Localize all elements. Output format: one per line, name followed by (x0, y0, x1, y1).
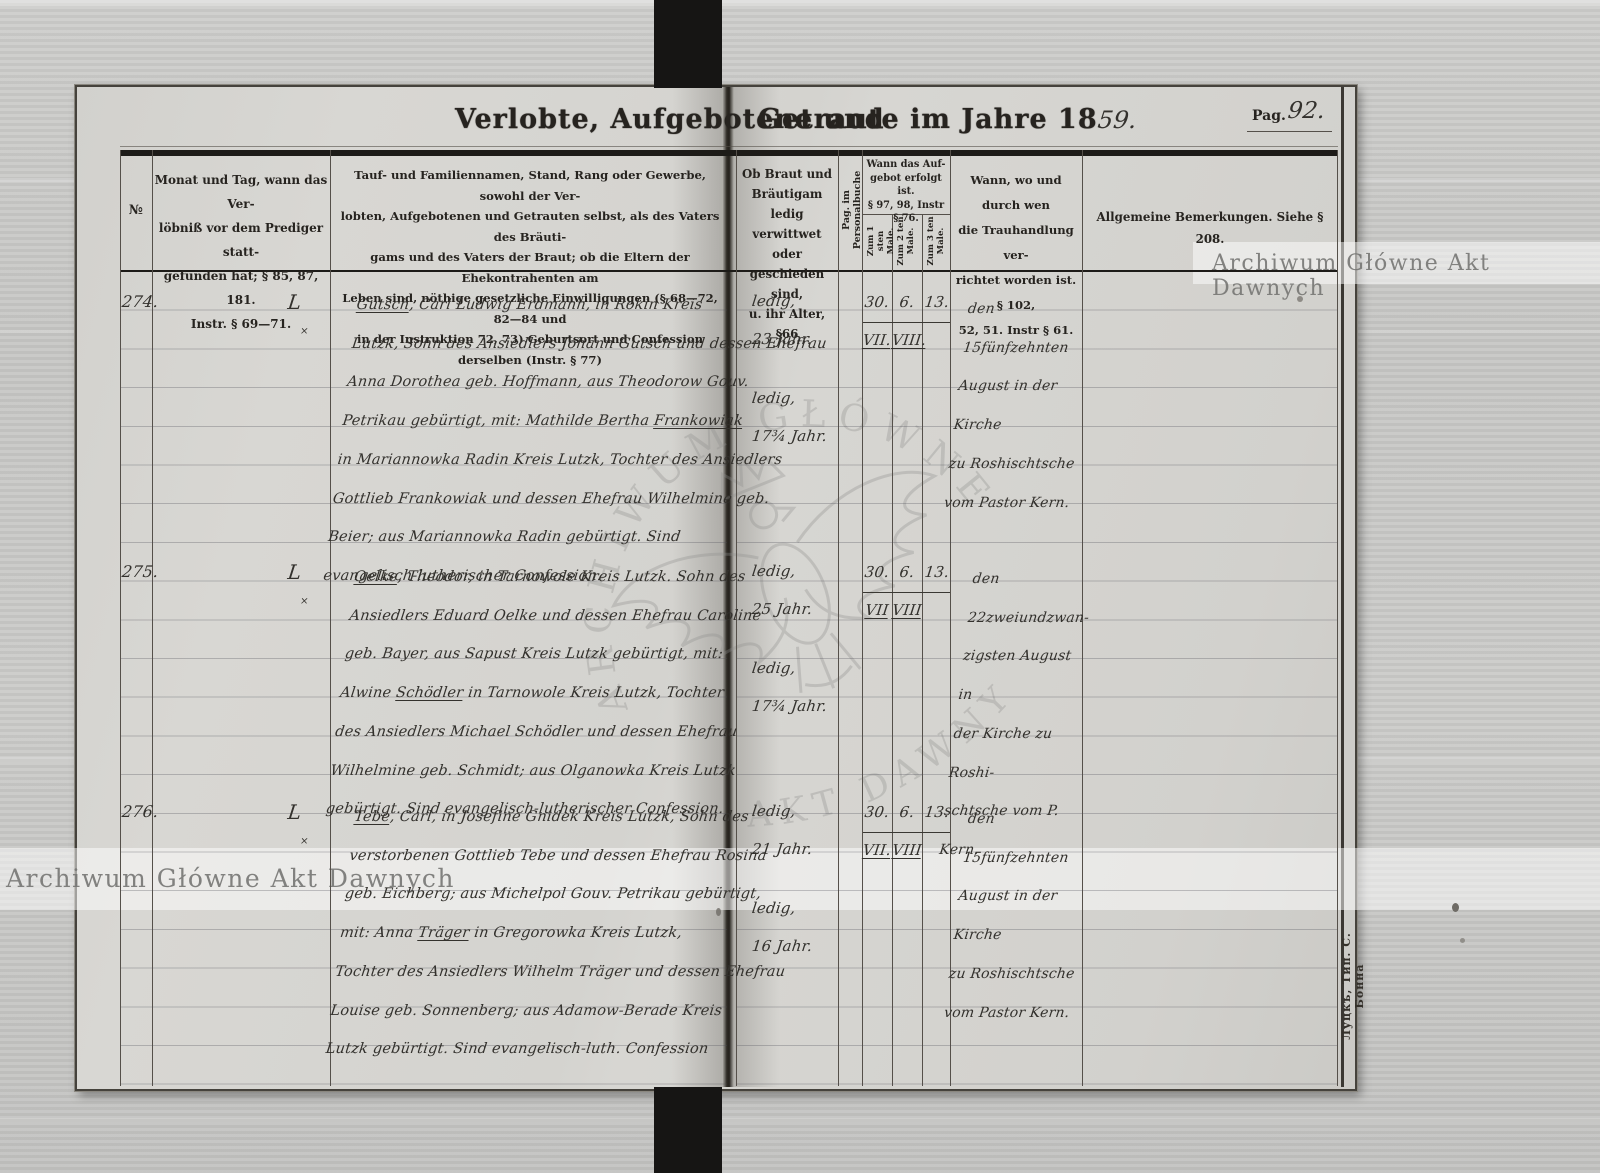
text-line: Ansiedlers Eduard Oelke und dessen Ehefr… (347, 597, 738, 636)
text-line: mit: Anna Träger in Gregorowka Kreis Lut… (338, 914, 729, 953)
text-line: Beier; aus Mariannowka Radin gebürtigt. … (326, 518, 717, 557)
header-banns-1: Zum 1 sten Male. (866, 216, 896, 266)
text-line: Lutzk, Sohn des Ansiedlers Johann Gutsch… (350, 325, 741, 364)
text-line: Tebe, Carl, in Josefine Gnidek Kreis Lut… (352, 798, 743, 837)
groom-age: 23 Jahr. (751, 330, 814, 348)
text-line: Wilhelmine geb. Schmidt; aus Olganowka K… (328, 752, 719, 791)
speck (1297, 296, 1303, 302)
table-top-rule-thin (120, 146, 1338, 147)
banns-month-1: VII. (861, 841, 893, 859)
banns-date-2: 6. (891, 293, 923, 311)
text-line: Oelke, Theodor, in Tarnowole Kreis Lutzk… (352, 558, 743, 597)
banns-underline (863, 322, 950, 323)
printer-mark: Луцкъ, Тип. С. Бонна (1340, 920, 1366, 1052)
entry-check-submark: × (299, 596, 309, 607)
banns-month-2: VIII. (891, 331, 923, 349)
page-title-right-printed: Getraute im Jahre 18 (758, 104, 1098, 135)
bride-status: ledig, (751, 389, 797, 407)
header-no: № (121, 200, 151, 222)
pag-label: Pag. (1252, 108, 1286, 124)
header-banns-2: Zum 2 ten Male. (896, 216, 916, 266)
entry-number: 276. (121, 802, 160, 821)
banns-underline (863, 832, 950, 833)
scan-streak (0, 0, 1600, 6)
text-line: Gottlieb Frankowiak und dessen Ehefrau W… (330, 480, 721, 519)
groom-age: 21 Jahr. (751, 840, 814, 858)
text-line: verstorbenen Gottlieb Tebe und dessen Eh… (347, 837, 738, 876)
text-line: des Ansiedlers Michael Schödler und dess… (333, 713, 724, 752)
banns-date-2: 6. (891, 803, 923, 821)
pag-value-handwritten: 92. (1286, 98, 1326, 124)
text-line: Petrikau gebürtigt, mit: Mathilde Bertha… (340, 402, 731, 441)
scan-streak (0, 1118, 1600, 1122)
banns-date-1: 30. (861, 293, 893, 311)
groom-status: ledig, (751, 802, 797, 820)
table-top-rule (120, 150, 1338, 156)
bride-age: 17¾ Jahr. (751, 697, 828, 715)
header-remarks: Allgemeine Bemerkungen. Siehe § 208. (1086, 206, 1334, 250)
groom-age: 25 Jahr. (751, 600, 814, 618)
header-banns-3: Zum 3 ten Male. (926, 216, 946, 266)
text-line: Gutsch, Carl Ludwig Erdmann, in Rokin Kr… (354, 286, 745, 325)
scanned-register-page: ARCHIWUM GŁÓWNE AKT DAWNYCH Archiwum Głó… (0, 0, 1600, 1173)
banns-date-1: 30. (861, 803, 893, 821)
banns-month-1: VII. (861, 331, 893, 349)
binding-tape-bottom (654, 1087, 722, 1173)
text-line: geb. Bayer, aus Sapust Kreis Lutzk gebür… (342, 635, 733, 674)
text-line: Louise geb. Sonnenberg; aus Adamow-Berad… (328, 992, 719, 1031)
col-line (1337, 150, 1338, 1086)
text-line: Alwine Schödler in Tarnowole Kreis Lutzk… (338, 674, 729, 713)
banns-date-3: 13. (921, 803, 953, 821)
entry-check-submark: × (299, 836, 309, 847)
banns-date-3: 13. (921, 563, 953, 581)
text-line: Tochter des Ansiedlers Wilhelm Träger un… (333, 953, 724, 992)
year-handwritten: 59. (1096, 106, 1138, 134)
entry-number: 274. (121, 292, 160, 311)
banns-date-1: 30. (861, 563, 893, 581)
text-line: in Mariannowka Radin Kreis Lutzk, Tochte… (335, 441, 726, 480)
banns-month-2: VIII (891, 601, 923, 619)
banns-date-2: 6. (891, 563, 923, 581)
pag-underline (1247, 131, 1332, 132)
speck (1460, 938, 1465, 943)
groom-status: ledig, (751, 292, 797, 310)
banns-date-3: 13. (921, 293, 953, 311)
text-line: Anna Dorothea geb. Hoffmann, aus Theodor… (345, 363, 736, 402)
bride-age: 17¾ Jahr. (751, 427, 828, 445)
banns-month-1: VII (861, 601, 893, 619)
text-line: geb. Eichberg; aus Michelpol Gouv. Petri… (342, 875, 733, 914)
bride-status: ledig, (751, 659, 797, 677)
entry-main-text: Gutsch, Carl Ludwig Erdmann, in Rokin Kr… (321, 286, 745, 596)
entry-number: 275. (121, 562, 160, 581)
entry-main-text: Oelke, Theodor, in Tarnowole Kreis Lutzk… (323, 558, 742, 829)
bride-status: ledig, (751, 899, 797, 917)
header-engagement-date: Monat und Tag, wann das Ver- löbniß vor … (154, 168, 328, 336)
banns-month-2: VIII (891, 841, 923, 859)
groom-status: ledig, (751, 562, 797, 580)
entry-main-text: Tebe, Carl, in Josefine Gnidek Kreis Lut… (323, 798, 742, 1069)
bride-age: 16 Jahr. (751, 937, 814, 955)
header-personalbuch: Pag. im Personalbuche (841, 154, 863, 266)
entry-check-submark: × (299, 326, 309, 337)
binding-tape-top (654, 0, 722, 88)
header-status: Ob Braut und Bräutigam ledig verwittwet … (738, 164, 836, 344)
text-line: Lutzk gebürtigt. Sind evangelisch-luth. … (323, 1030, 714, 1069)
page-title-right: Getraute im Jahre 1859. (758, 104, 1136, 135)
banns-underline (863, 592, 950, 593)
speck (716, 908, 721, 916)
speck (1452, 903, 1459, 912)
